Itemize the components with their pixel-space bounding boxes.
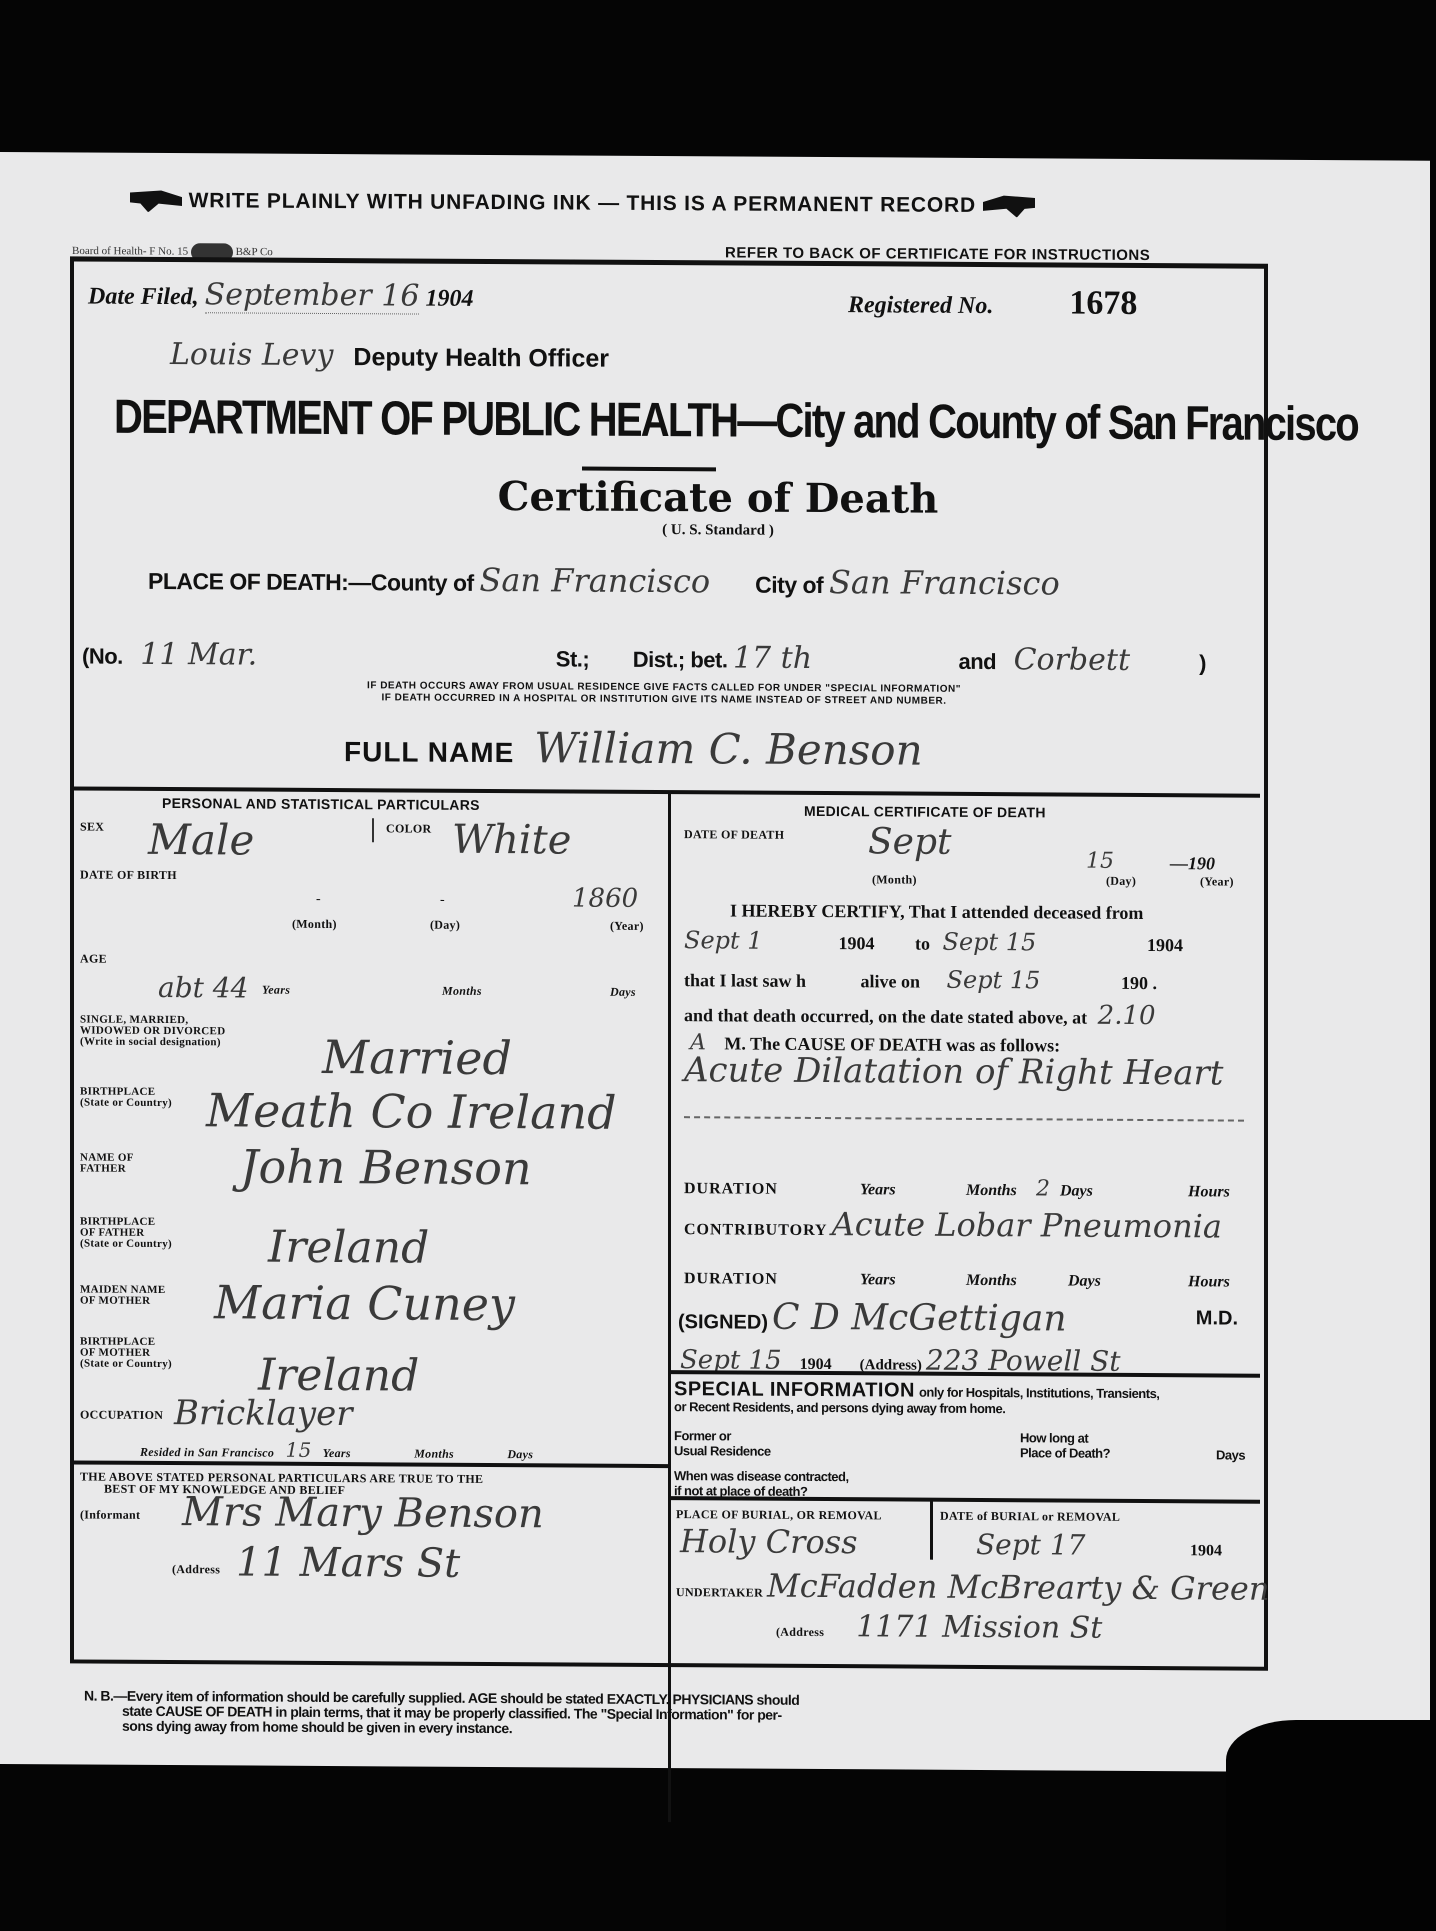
undertaker-value: McFadden McBrearty & Green	[767, 1567, 1269, 1608]
contributory-value: Acute Lobar Pneumonia	[832, 1205, 1222, 1245]
dob-year-value: 1860	[572, 883, 638, 913]
burial-date-label: DATE of BURIAL or REMOVAL	[940, 1510, 1120, 1523]
duration-label: DURATION	[684, 1180, 778, 1198]
mother-name-label: MAIDEN NAME OF MOTHER	[80, 1284, 166, 1307]
former-label-line-2: Usual Residence	[674, 1443, 771, 1459]
district-label: Dist.; bet.	[633, 647, 728, 673]
county-value: San Francisco	[479, 561, 749, 601]
contracted-label-line-1: When was disease contracted,	[674, 1468, 849, 1484]
date-of-death-label: DATE OF DEATH	[684, 828, 784, 841]
field-tick	[372, 818, 374, 842]
attended-from-value: Sept 1	[684, 926, 834, 955]
resided-years-value: 15	[286, 1438, 312, 1462]
street-number-value: 11 Mar.	[140, 637, 550, 675]
duration-days-value: 2	[1036, 1176, 1050, 1201]
age-days-caption: Days	[610, 986, 636, 998]
place-of-death-label: PLACE OF DEATH:—County of	[148, 568, 474, 596]
resided-row: Resided in San Francisco 15 Years Months…	[140, 1443, 533, 1460]
md-label: M.D.	[1196, 1307, 1238, 1330]
occupation-label: OCCUPATION	[80, 1408, 163, 1421]
special-heading-title: SPECIAL INFORMATION	[674, 1378, 915, 1401]
resided-years-caption: Years	[323, 1446, 351, 1460]
special-heading-rest: only for Hospitals, Institutions, Transi…	[919, 1385, 1159, 1401]
duration2-years-caption: Years	[860, 1271, 896, 1289]
burial-place-value: Holy Cross	[680, 1522, 858, 1561]
date-filed-year: 1904	[425, 286, 473, 312]
former-label-line-1: Former or	[674, 1428, 771, 1444]
undertaker-address-row: (Address 1171 Mission St	[776, 1609, 1102, 1646]
officer-signature: Louis Levy	[170, 337, 333, 373]
attended-row: Sept 1 1904 to Sept 15 1904	[684, 926, 1183, 957]
duration2-days-caption: Days	[1068, 1273, 1101, 1291]
duration-hours-caption: Hours	[1188, 1183, 1230, 1201]
age-months-caption: Months	[442, 985, 482, 997]
dod-day-caption: (Day)	[1106, 875, 1136, 887]
marital-value: Married	[322, 1030, 512, 1085]
contracted-label: When was disease contracted, if not at p…	[674, 1468, 849, 1499]
color-value: White	[452, 817, 571, 864]
dob-month-value: -	[316, 892, 321, 908]
undertaker-address-value: 1171 Mission St	[856, 1609, 1102, 1646]
pointing-hand-icon	[983, 195, 1035, 217]
duration-row-2: DURATION Years Months Days Hours	[684, 1270, 1244, 1291]
date-of-death-year: —190	[1170, 853, 1215, 874]
birthplace-value: Meath Co Ireland	[206, 1083, 617, 1140]
close-paren: )	[1199, 650, 1206, 675]
how-long-label-line-2: Place of Death?	[1020, 1445, 1110, 1461]
duration-label-2: DURATION	[684, 1270, 778, 1288]
department-heading: DEPARTMENT OF PUBLIC HEALTH—City and Cou…	[114, 391, 1358, 453]
burial-year-value: 1904	[1190, 1542, 1222, 1559]
footer-note: N. B.—Every item of information should b…	[84, 1689, 799, 1738]
mother-label-line-2: OF MOTHER	[80, 1295, 166, 1307]
dob-day-value: -	[440, 893, 445, 909]
full-name-row: FULL NAME William C. Benson	[344, 722, 923, 775]
date-filed-value: September 16	[205, 277, 420, 314]
between-street-1: 17 th	[733, 640, 953, 676]
informant-address-label: (Address	[172, 1563, 220, 1575]
burial-column-divider	[930, 1500, 933, 1560]
color-label: COLOR	[386, 822, 432, 834]
last-saw-label: that I last saw h	[684, 970, 806, 991]
undertaker-address-label: (Address	[776, 1625, 824, 1639]
nb-label: N. B.—	[84, 1688, 127, 1704]
attended-to-year: 1904	[1147, 935, 1183, 955]
city-label: City of	[755, 572, 823, 598]
physician-signature: C D McGettigan	[772, 1297, 1067, 1340]
attended-to-value: Sept 15	[943, 928, 1143, 957]
duration-months-caption: Months	[966, 1182, 1017, 1200]
certify-statement: I HEREBY CERTIFY, That I attended deceas…	[730, 900, 1143, 924]
signed-label: (SIGNED)	[678, 1311, 768, 1334]
month-caption: (Month)	[292, 918, 337, 930]
officer-row: Louis Levy Deputy Health Officer	[170, 337, 609, 375]
marital-label-line-3: (Write in social designation)	[80, 1036, 225, 1048]
contributory-label: CONTRIBUTORY	[684, 1221, 828, 1239]
full-name-value: William C. Benson	[534, 723, 922, 774]
last-saw-date: Sept 15	[947, 966, 1117, 995]
certificate-title: Certificate of Death	[0, 470, 1436, 526]
special-heading-line-2: or Recent Residents, and persons dying a…	[674, 1399, 1159, 1417]
medical-heading: MEDICAL CERTIFICATE OF DEATH	[804, 803, 1046, 820]
registered-number: 1678	[1069, 285, 1137, 322]
age-value: abt 44	[158, 971, 248, 1005]
how-long-label: How long at Place of Death?	[1020, 1430, 1110, 1461]
place-of-death-row: PLACE OF DEATH:—County of San Francisco …	[148, 559, 1060, 603]
father-name-value: John Benson	[240, 1139, 532, 1195]
last-saw-year: 190 .	[1121, 973, 1157, 993]
birthplace-label-line-2: (State or Country)	[80, 1097, 172, 1109]
resided-label: Resided in San Francisco	[140, 1445, 274, 1460]
age-years-caption: Years	[262, 984, 290, 996]
marital-label: SINGLE, MARRIED, WIDOWED OR DIVORCED (Wr…	[80, 1014, 225, 1048]
former-residence-label: Former or Usual Residence	[674, 1428, 771, 1459]
father-bp-label-line-3: (State or Country)	[80, 1238, 172, 1250]
undertaker-label: UNDERTAKER	[676, 1585, 763, 1600]
scan-shadow	[1226, 1720, 1436, 1931]
registered-number-row: Registered No. 1678	[848, 283, 1137, 323]
to-label: to	[915, 934, 930, 954]
mother-name-value: Maria Cuney	[214, 1275, 515, 1331]
father-birthplace-label: BIRTHPLACE OF FATHER (State or Country)	[80, 1216, 172, 1250]
mother-birthplace-label: BIRTHPLACE OF MOTHER (State or Country)	[80, 1336, 172, 1370]
resided-months-caption: Months	[414, 1447, 454, 1461]
attended-from-year: 1904	[839, 933, 875, 953]
day-caption: (Day)	[430, 919, 460, 931]
sex-value: Male	[148, 815, 254, 865]
date-filed-row: Date Filed, September 16 1904	[88, 277, 473, 314]
number-label: (No.	[82, 644, 123, 669]
city-value: San Francisco	[829, 563, 1060, 602]
burial-date-value: Sept 17	[976, 1528, 1186, 1562]
full-name-label: FULL NAME	[344, 736, 514, 768]
how-long-days-caption: Days	[1216, 1447, 1245, 1462]
burial-place-label: PLACE OF BURIAL, OR REMOVAL	[676, 1508, 882, 1521]
how-long-label-line-1: How long at	[1020, 1430, 1110, 1446]
occurred-label: and that death occurred, on the date sta…	[684, 1005, 1087, 1027]
permanent-record-banner: WRITE PLAINLY WITH UNFADING INK — THIS I…	[130, 189, 1035, 219]
special-heading: SPECIAL INFORMATION only for Hospitals, …	[674, 1378, 1159, 1417]
year-caption: (Year)	[610, 920, 644, 932]
duration2-months-caption: Months	[966, 1272, 1017, 1290]
informant-label: (Informant	[80, 1508, 140, 1520]
address-row: (No. 11 Mar. St.; Dist.; bet. 17 th and …	[82, 637, 1262, 679]
signed-row: (SIGNED) C D McGettigan M.D.	[678, 1296, 1248, 1340]
last-saw-row: that I last saw h alive on Sept 15 190 .	[684, 964, 1157, 995]
duration2-hours-caption: Hours	[1188, 1273, 1230, 1291]
sex-label: SEX	[80, 820, 104, 832]
cause-of-death-value: Acute Dilatation of Right Heart	[684, 1050, 1223, 1093]
banner-text: WRITE PLAINLY WITH UNFADING INK — THIS I…	[189, 189, 976, 217]
date-filed-label: Date Filed,	[88, 284, 199, 311]
father-name-label: NAME OF FATHER	[80, 1152, 134, 1174]
father-birthplace-value: Ireland	[268, 1222, 429, 1274]
street-label: St.;	[556, 646, 589, 671]
undertaker-row: UNDERTAKER McFadden McBrearty & Green	[676, 1566, 1269, 1608]
birthplace-label: BIRTHPLACE (State or Country)	[80, 1086, 172, 1109]
death-time-value: 2.10	[1098, 1001, 1156, 1031]
pointing-hand-icon	[130, 190, 182, 212]
dod-year-caption: (Year)	[1200, 875, 1234, 887]
officer-title: Deputy Health Officer	[353, 343, 609, 373]
mother-bp-label-line-3: (State or Country)	[80, 1358, 172, 1370]
registered-label: Registered No.	[848, 292, 993, 319]
duration-days-caption: Days	[1060, 1182, 1093, 1200]
printer-name: B&P Co	[236, 246, 273, 258]
date-of-death-month: Sept	[868, 821, 951, 863]
dod-month-caption: (Month)	[872, 873, 917, 885]
certificate-paper: WRITE PLAINLY WITH UNFADING INK — THIS I…	[0, 152, 1430, 1773]
duration-years-caption: Years	[860, 1181, 896, 1199]
divider	[582, 467, 716, 472]
duration-row-1: DURATION Years Months 2 Days Hours	[684, 1180, 1244, 1201]
date-of-death-day: 15	[1086, 849, 1114, 874]
age-label: AGE	[80, 952, 107, 964]
informant-name: Mrs Mary Benson	[182, 1489, 544, 1537]
informant-address: 11 Mars St	[236, 1539, 460, 1586]
contributory-row: CONTRIBUTORY Acute Lobar Pneumonia	[684, 1204, 1222, 1245]
alive-on-label: alive on	[861, 971, 921, 991]
and-label: and	[958, 649, 996, 674]
dob-label: DATE OF BIRTH	[80, 868, 177, 881]
resided-days-caption: Days	[507, 1447, 533, 1461]
personal-heading: PERSONAL AND STATISTICAL PARTICULARS	[162, 795, 480, 813]
father-label-line-2: FATHER	[80, 1163, 134, 1174]
death-time-row: and that death occurred, on the date sta…	[684, 998, 1156, 1031]
column-divider	[668, 792, 671, 1822]
between-street-2: Corbett	[1014, 642, 1194, 678]
occupation-value: Bricklayer	[174, 1393, 352, 1434]
burial-date-row: Sept 17 1904	[976, 1528, 1222, 1563]
